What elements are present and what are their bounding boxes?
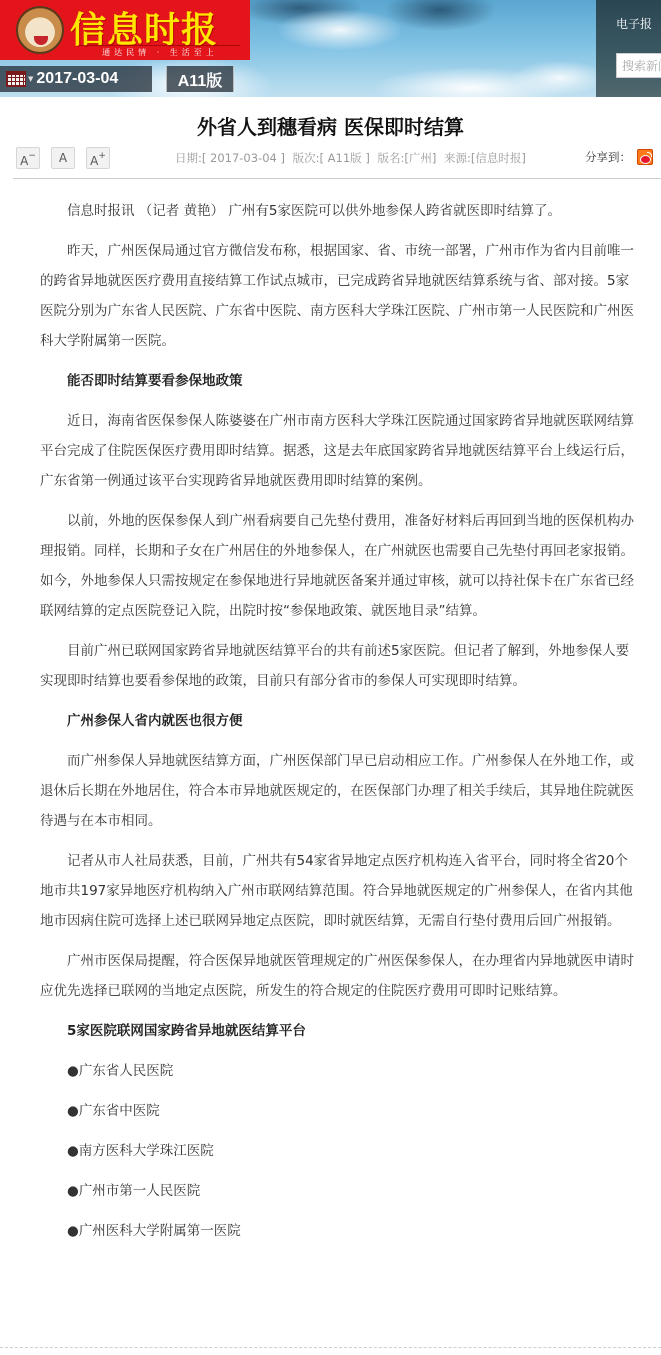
list-item: ●广州市第一人民医院 <box>40 1176 640 1206</box>
list-item: ●广东省中医院 <box>40 1096 640 1126</box>
meta-date: 日期:[ 2017-03-04 ] <box>175 151 285 165</box>
paragraph: 近日，海南省医保参保人陈婆婆在广州市南方医科大学珠江医院通过国家跨省异地就医联网… <box>40 406 640 496</box>
share-bar: 分享到： <box>585 149 653 165</box>
divider <box>13 178 661 179</box>
issue-date: 2017-03-04 <box>36 70 118 88</box>
subheading: 5家医院联网国家跨省异地就医结算平台 <box>40 1016 640 1046</box>
article-meta: 日期:[ 2017-03-04 ] 版次:[ A11版 ] 版名:[广州] 来源… <box>175 150 530 166</box>
calendar-icon[interactable] <box>6 71 26 87</box>
edition-selector[interactable]: A11版 <box>166 66 234 92</box>
issue-date-picker[interactable]: ▼ 2017-03-04 <box>0 66 152 92</box>
logo-slogan: 通达民情 · 生活至上 <box>80 45 240 58</box>
list-item: ●广东省人民医院 <box>40 1056 640 1086</box>
article-title: 外省人到穗看病 医保即时结算 <box>0 111 661 140</box>
divider <box>0 1347 661 1348</box>
font-increase-button[interactable]: A+ <box>86 147 110 169</box>
chevron-down-icon[interactable]: ▼ <box>28 75 33 83</box>
paragraph: 目前广州已联网国家跨省异地就医结算平台的共有前述5家医院。但记者了解到，外地参保… <box>40 636 640 696</box>
meta-section: 版名:[广州] <box>377 151 436 165</box>
paragraph: 以前，外地的医保参保人到广州看病要自己先垫付费用，准备好材料后再回到当地的医保机… <box>40 506 640 626</box>
lion-mascot-icon <box>16 6 64 54</box>
edition-label: A11版 <box>178 68 222 91</box>
subheading: 广州参保人省内就医也很方便 <box>40 706 640 736</box>
search-input[interactable] <box>616 53 661 78</box>
epaper-link[interactable]: 电子报 <box>616 15 652 32</box>
header-right-panel: 电子报 <box>596 0 661 97</box>
paragraph: 信息时报讯 （记者 黄艳） 广州有5家医院可以供外地参保人跨省就医即时结算了。 <box>40 196 640 226</box>
list-item: ●南方医科大学珠江医院 <box>40 1136 640 1166</box>
weibo-share-icon[interactable] <box>637 149 653 165</box>
subheading: 能否即时结算要看参保地政策 <box>40 366 640 396</box>
minus-icon: − <box>28 151 36 161</box>
paragraph: 昨天，广州医保局通过官方微信发布称，根据国家、省、市统一部署，广州市作为省内目前… <box>40 236 640 356</box>
share-label: 分享到： <box>585 149 631 165</box>
meta-edition: 版次:[ A11版 ] <box>293 151 370 165</box>
font-normal-button[interactable]: A <box>51 147 75 169</box>
paragraph: 而广州参保人异地就医结算方面，广州医保部门早已启动相应工作。广州参保人在外地工作… <box>40 746 640 836</box>
font-decrease-button[interactable]: A− <box>16 147 40 169</box>
list-item: ●广州医科大学附属第一医院 <box>40 1216 640 1246</box>
paragraph: 记者从市人社局获悉，目前，广州共有54家省异地定点医疗机构连入省平台，同时将全省… <box>40 846 640 936</box>
meta-source: 来源:[信息时报] <box>444 151 526 165</box>
article-body: 信息时报讯 （记者 黄艳） 广州有5家医院可以供外地参保人跨省就医即时结算了。 … <box>40 196 640 1256</box>
paragraph: 广州市医保局提醒，符合医保异地就医管理规定的广州医保参保人，在办理省内异地就医申… <box>40 946 640 1006</box>
font-normal-label: A <box>59 151 67 165</box>
masthead-banner: 信息时报 通达民情 · 生活至上 ▼ 2017-03-04 A11版 电子报 <box>0 0 661 97</box>
newspaper-logo[interactable]: 信息时报 通达民情 · 生活至上 <box>0 0 250 60</box>
plus-icon: + <box>98 151 106 161</box>
